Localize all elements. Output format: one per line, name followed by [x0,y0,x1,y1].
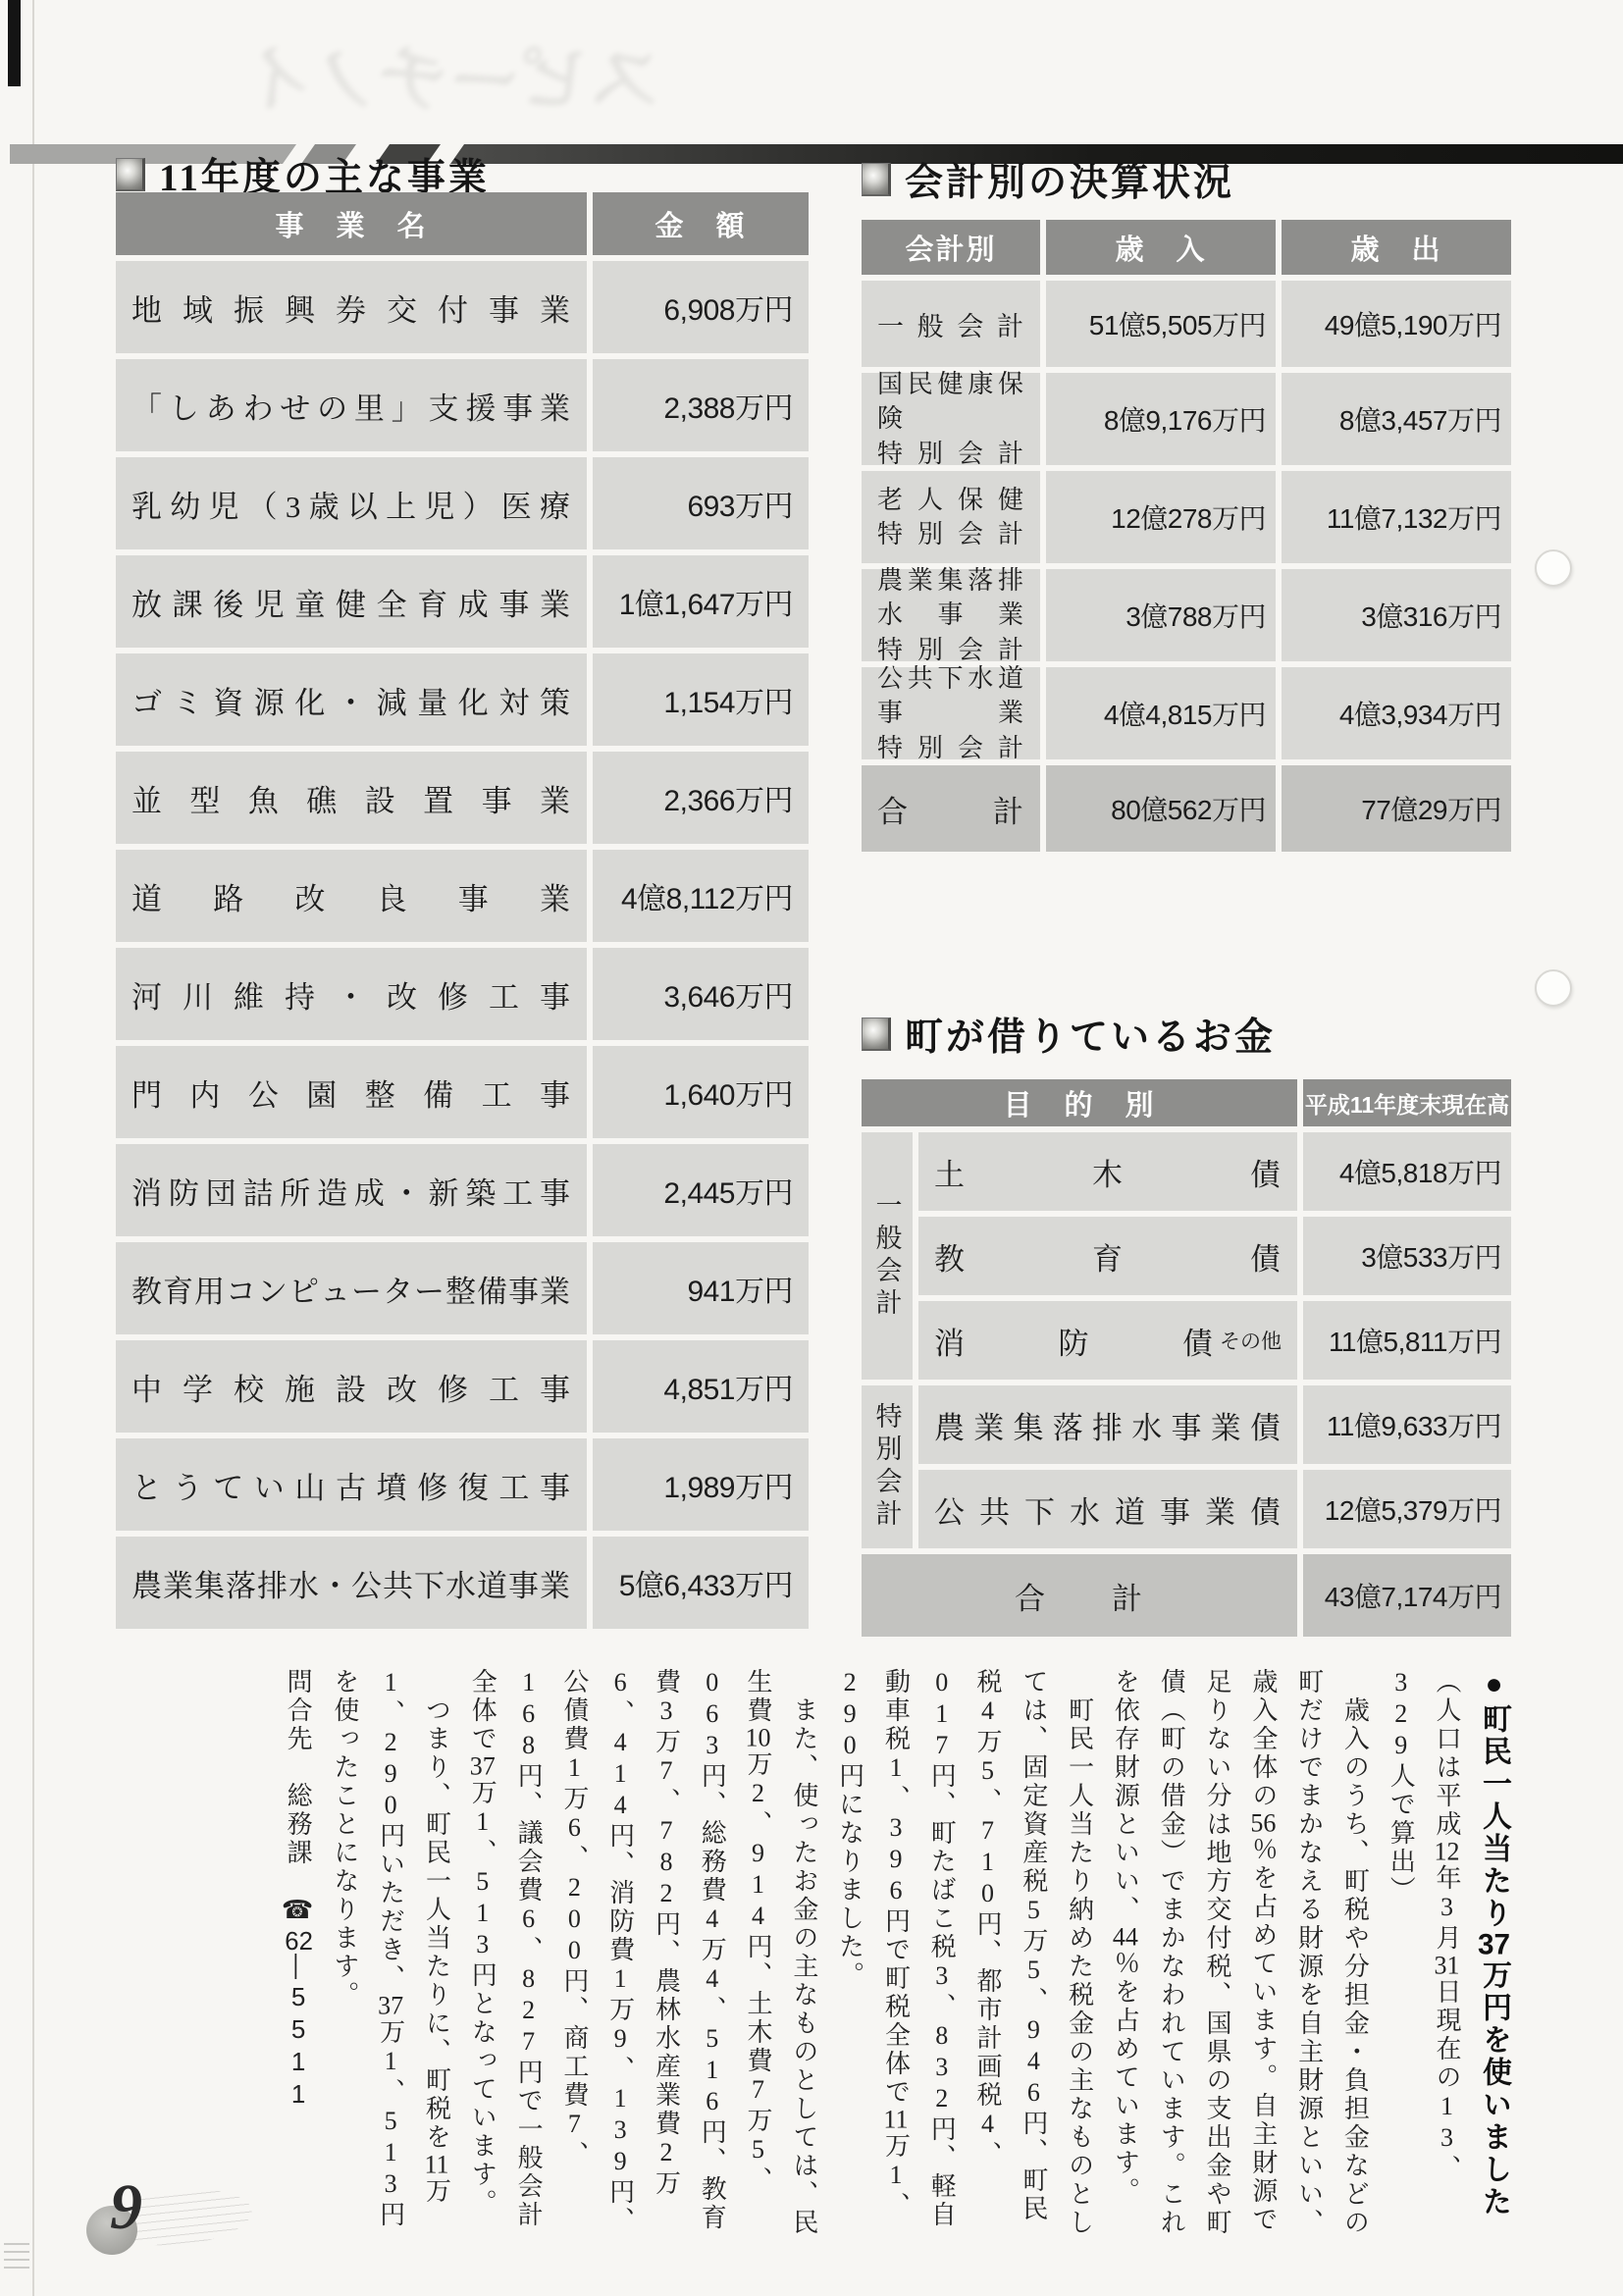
vertical-number: 5 [744,2135,772,2166]
project-name: 教育用コンピューター整備事業 [116,1242,587,1334]
article-heading: ●町民一人当たり37万円を使いました [1469,1668,1519,2239]
accounts-header-type: 会計別 [862,220,1040,275]
accounts-header-expenditure: 歳 出 [1282,220,1511,275]
vertical-number: 1 [881,2161,910,2192]
vertical-number: 4 [698,1964,726,1996]
debt-header-purpose: 目 的 別 [862,1079,1297,1126]
vertical-number: 62 [284,1928,313,1954]
project-name: 地域振興券交付事業 [116,261,587,353]
project-amount: 1,154万円 [593,653,809,746]
project-amount: 1,989万円 [593,1438,809,1531]
vertical-number: 414 [606,1728,635,1822]
vertical-number: 4 [698,1905,726,1936]
section-square-icon [862,163,891,196]
project-amount: 5億6,433万円 [593,1537,809,1629]
accounts-total-expenditure: 77億29万円 [1282,765,1511,852]
projects-table: 事 業 名 金 額 地域振興券交付事業6,908万円「しあわせの里」支援事業2,… [116,192,809,1629]
vertical-number: 3 [927,1961,956,1993]
debt-group-label: 一般会計 [862,1132,913,1380]
show-through-text: スピーチノイ [85,22,671,139]
vertical-number: 2 [652,2138,680,2169]
account-type: 農業集落排水事業特別会計 [862,569,1040,661]
accounts-title: 会計別の決算状況 [905,152,1234,207]
vertical-number: 44 [1111,1924,1139,1950]
vertical-number: 7 [560,2110,589,2141]
vertical-number: 017 [927,1668,956,1762]
vertical-number: 063 [698,1668,726,1762]
vertical-number: 827 [514,1964,543,2059]
debt-amount: 4億5,818万円 [1303,1132,1511,1211]
scanned-newsletter-page: { "page": { "number": "9", "show_through… [0,0,1623,2296]
vertical-number: 1 [377,2047,405,2078]
project-amount: 3,646万円 [593,948,809,1040]
vertical-number: 1 [606,1964,635,1996]
vertical-number: 168 [514,1668,543,1762]
vertical-number: 3 [652,1696,680,1728]
article-paragraph: 歳入のうち、町税や分担金・負担金などの町だけでまかなえる財源を自主財源といい、歳… [1102,1668,1378,2239]
vertical-number: 3 [1433,1893,1461,1924]
vertical-number: 6 [514,1905,543,1936]
vertical-number: 914 [744,1839,772,1933]
debt-purpose-name: 消防債その他 [918,1301,1297,1380]
vertical-number: 946 [1020,2015,1048,2110]
vertical-number: 1 [468,1807,497,1839]
vertical-number: 7 [652,1756,680,1788]
account-revenue: 12億278万円 [1046,471,1276,563]
projects-header-amount: 金 額 [593,192,809,255]
article-paragraph: また、使ったお金の主なものとしては、民生費10万2、914円、土木費7万5、06… [458,1668,825,2239]
vertical-number: 329 [1387,1668,1415,1762]
project-name: 河川維持・改修工事 [116,948,587,1040]
projects-header-name: 事 業 名 [116,192,587,255]
account-expenditure: 11億7,132万円 [1282,471,1511,563]
debt-amount: 11億5,811万円 [1303,1301,1511,1380]
debt-header-balance: 平成11年度末現在高 [1303,1079,1511,1126]
account-revenue: 51億5,505万円 [1046,281,1276,367]
vertical-number: 396 [881,1813,910,1907]
vertical-number: 4 [973,1696,1002,1728]
project-amount: 4,851万円 [593,1340,809,1433]
debt-total-amount: 43億7,174万円 [1303,1554,1511,1637]
project-name: 中学校施設改修工事 [116,1340,587,1433]
vertical-number: 56 [1249,1810,1278,1836]
account-type: 国民健康保険特別会計 [862,373,1040,465]
vertical-number: 13 [1433,2092,1461,2155]
vertical-number: 1 [377,1668,405,1699]
debt-table: 目 的 別 平成11年度末現在高 一般会計土木債4億5,818万円教育債3億53… [862,1079,1511,1637]
vertical-number: ☎ [284,1896,313,1928]
account-revenue: 3億788万円 [1046,569,1276,661]
vertical-number: 37 [468,1753,497,1779]
vertical-number: 290 [377,1728,405,1822]
project-amount: 693万円 [593,457,809,549]
vertical-number: 832 [927,2021,956,2115]
project-name: 消防団詰所造成・新築工事 [116,1144,587,1236]
account-type: 一般会計 [862,281,1040,367]
debt-purpose-name: 教育債 [918,1217,1297,1295]
project-amount: 1,640万円 [593,1046,809,1138]
vertical-number: 290 [836,1668,864,1762]
debt-purpose-name: 農業集落排水事業債 [918,1385,1297,1464]
article-paragraph: 町民一人当たり納めた税金の主なものとしては、固定資産税5万5、946円、町民税4… [826,1668,1102,2239]
project-name: 農業集落排水・公共下水道事業 [116,1537,587,1629]
debt-amount: 12億5,379万円 [1303,1470,1511,1548]
project-name: 道路改良事業 [116,850,587,942]
vertical-number: 11 [881,2107,910,2132]
debt-amount: 11億9,633万円 [1303,1385,1511,1464]
project-name: 乳幼児（3歳以上児）医療 [116,457,587,549]
vertical-number: 139 [606,2084,635,2178]
article-contact: 問合先 総務課 ☎62—5511 [275,1668,321,2239]
section-square-icon [862,1018,891,1051]
account-revenue: 8億9,176万円 [1046,373,1276,465]
vertical-number: 1 [560,1753,589,1785]
punch-hole-bottom [1535,969,1572,1007]
debt-purpose-name: 公共下水道事業債 [918,1470,1297,1548]
debt-purpose-suffix: その他 [1220,1326,1282,1355]
article-paragraph: つまり、町民一人当たりに、町税を11万1、290円いただき、37万1、513円を… [321,1668,458,2239]
project-amount: 2,445万円 [593,1144,809,1236]
vertical-number: 12 [1433,1839,1461,1864]
project-amount: 4億8,112万円 [593,850,809,942]
scan-fold-line [32,0,34,2296]
debt-section-title: 町が借りているお金 [862,1007,1276,1062]
vertical-number: 31 [1433,1953,1461,1978]
page-number: 9 [110,2170,142,2245]
accounts-header-revenue: 歳 入 [1046,220,1276,275]
project-amount: 941万円 [593,1242,809,1334]
vertical-number: 513 [377,2107,405,2201]
account-expenditure: 3億316万円 [1282,569,1511,661]
vertical-number: 37 [377,1993,405,2018]
vertical-number: 7 [744,2075,772,2107]
article-vertical-text: ●町民一人当たり37万円を使いました（人口は平成12年3月31日現在の13、32… [98,1668,1519,2239]
vertical-number: 9 [606,2024,635,2056]
project-amount: 1億1,647万円 [593,555,809,648]
project-name: 門内公園整備工事 [116,1046,587,1138]
debt-amount: 3億533万円 [1303,1217,1511,1295]
project-name: 「しあわせの里」支援事業 [116,359,587,451]
vertical-number: 6 [606,1668,635,1699]
account-expenditure: 8億3,457万円 [1282,373,1511,465]
vertical-number: 513 [468,1867,497,1961]
debt-total-label: 合 計 [862,1554,1297,1637]
article-paragraph: （人口は平成12年3月31日現在の13、329人で算出） [1377,1668,1469,2239]
vertical-number: 10 [744,1725,772,1750]
bottom-edge-marks [4,2243,29,2269]
account-revenue: 4億4,815万円 [1046,667,1276,759]
account-expenditure: 49億5,190万円 [1282,281,1511,367]
left-edge-mark [8,0,21,86]
account-type: 公共下水道事業特別会計 [862,667,1040,759]
vertical-number: 5 [973,1756,1002,1788]
vertical-number: 2 [744,1779,772,1810]
vertical-number: 6 [560,1813,589,1845]
project-name: 並型魚礁設置事業 [116,752,587,844]
vertical-number: 11 [422,2152,450,2177]
project-amount: 2,366万円 [593,752,809,844]
vertical-number: 200 [560,1873,589,1967]
account-expenditure: 4億3,934万円 [1282,667,1511,759]
accounts-section-title: 会計別の決算状況 [862,152,1234,207]
punch-hole-top [1535,549,1572,587]
vertical-number: 5 [1020,1956,1048,1987]
vertical-number: 1 [881,1753,910,1785]
debt-group-label: 特別会計 [862,1385,913,1548]
vertical-number: 5 [1020,1896,1048,1927]
project-amount: 2,388万円 [593,359,809,451]
vertical-number: 516 [698,2024,726,2118]
accounts-table: 会計別 歳 入 歳 出 一般会計51億5,505万円49億5,190万円国民健康… [862,220,1511,852]
project-name: ゴミ資源化・減量化対策 [116,653,587,746]
section-square-icon [116,158,145,191]
vertical-number: 5511 [284,1982,313,2112]
accounts-total-label: 合計 [862,765,1040,852]
project-name: 放課後児童健全育成事業 [116,555,587,648]
project-name: とうてい山古墳修復工事 [116,1438,587,1531]
debt-purpose-name: 土木債 [918,1132,1297,1211]
vertical-number: 782 [652,1816,680,1910]
vertical-number: 710 [973,1816,1002,1910]
vertical-number: 37 [1478,1930,1510,1959]
project-amount: 6,908万円 [593,261,809,353]
account-type: 老人保健特別会計 [862,471,1040,563]
debt-title: 町が借りているお金 [905,1007,1276,1062]
accounts-total-revenue: 80億562万円 [1046,765,1276,852]
vertical-number: 4 [973,2110,1002,2141]
